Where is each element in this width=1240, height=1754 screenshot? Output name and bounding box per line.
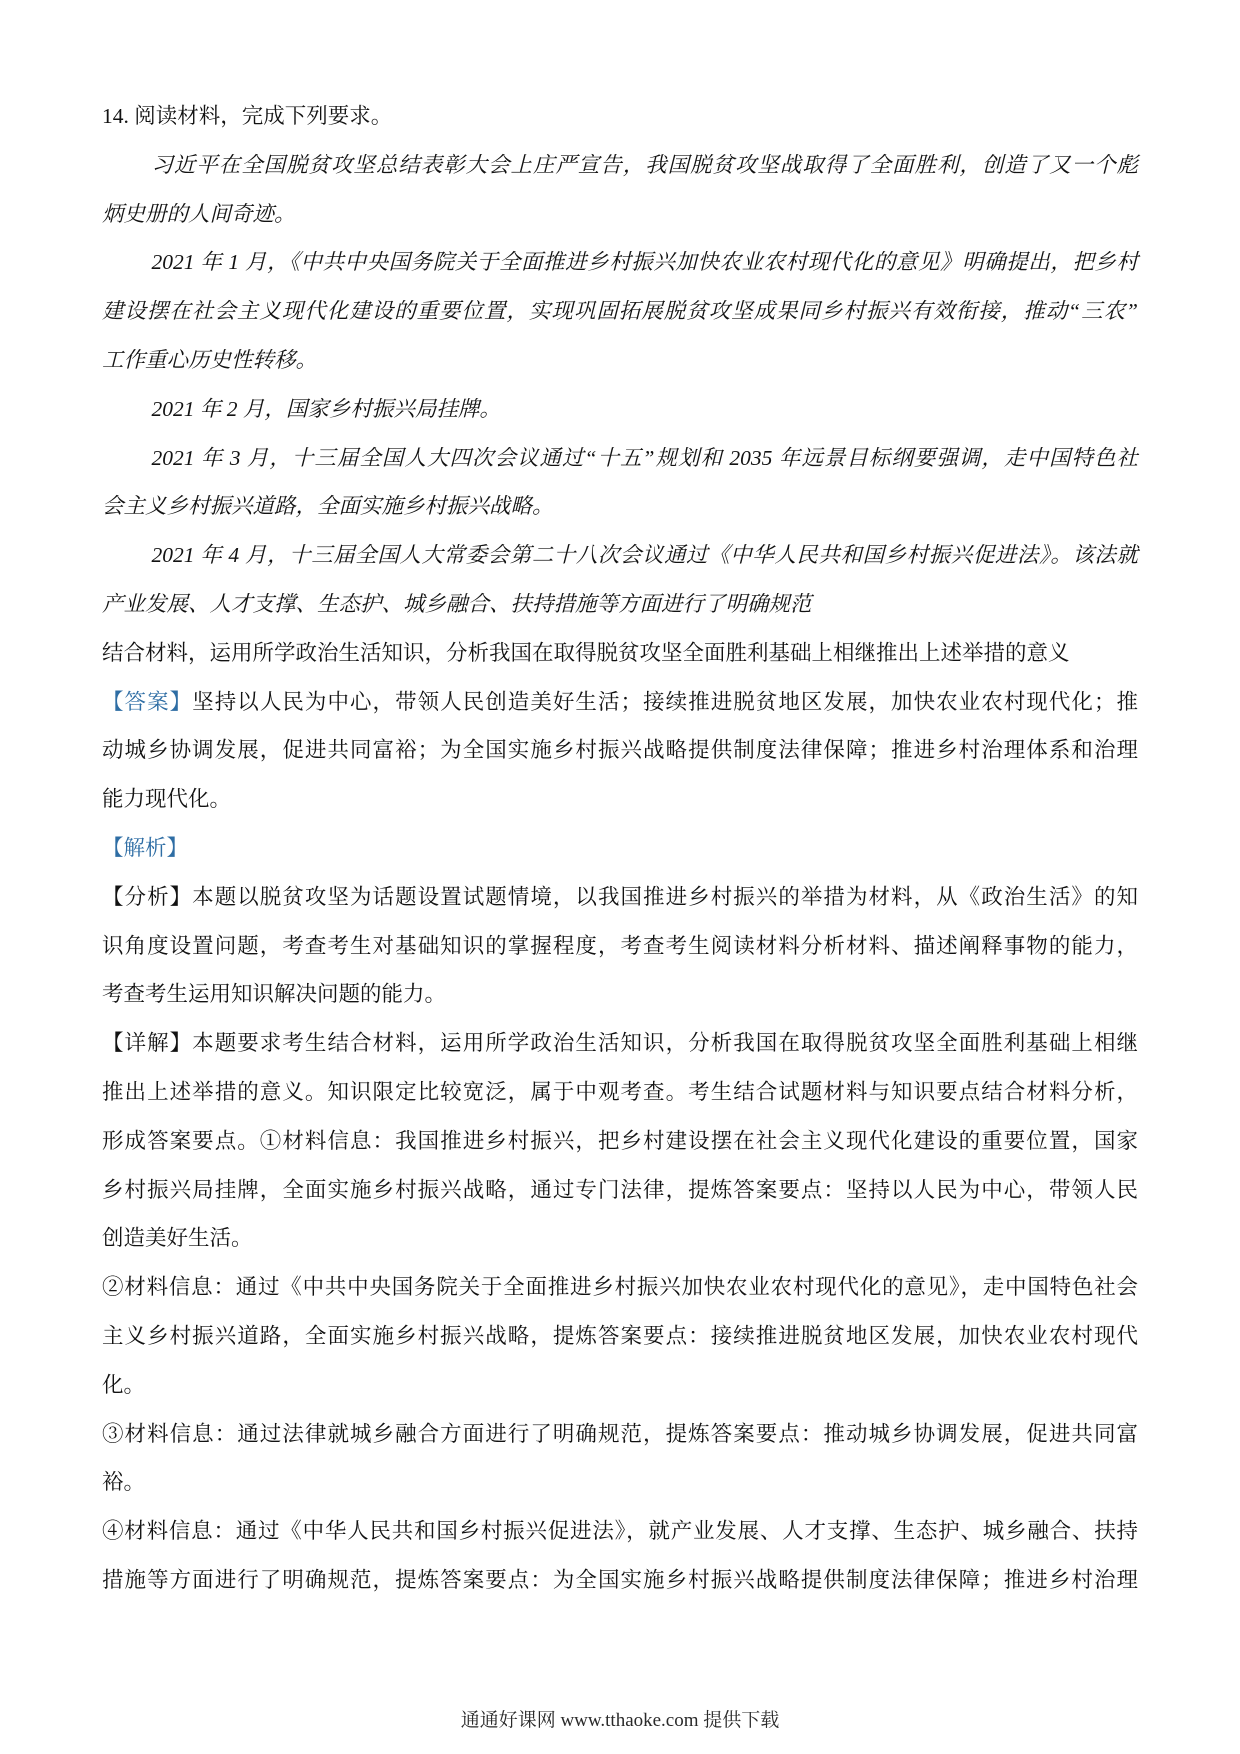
analysis-line: 【分析】本题以脱贫攻坚为话题设置试题情境，以我国推进乡村振兴的举措为材料，从《政… [102,873,1138,922]
detail-line: 化。 [102,1361,1138,1410]
detail-line: 裕。 [102,1458,1138,1507]
detail-line: 乡村振兴局挂牌，全面实施乡村振兴战略，通过专门法律，提炼答案要点：坚持以人民为中… [102,1166,1138,1215]
answer-label: 【答案】 [102,690,192,714]
task-instruction-line: 结合材料，运用所学政治生活知识，分析我国在取得脱贫攻坚全面胜利基础上相继推出上述… [102,629,1138,678]
detail-line: 措施等方面进行了明确规范，提炼答案要点：为全国实施乡村振兴战略提供制度法律保障；… [102,1556,1138,1605]
material-paragraph-line: 炳史册的人间奇迹。 [102,190,1138,239]
detail-line: ④材料信息：通过《中华人民共和国乡村振兴促进法》，就产业发展、人才支撑、生态护、… [102,1507,1138,1556]
detail-line: 推出上述举措的意义。知识限定比较宽泛，属于中观考查。考生结合试题材料与知识要点结… [102,1068,1138,1117]
material-paragraph-line: 产业发展、人才支撑、生态护、城乡融合、扶持措施等方面进行了明确规范 [102,580,1138,629]
material-paragraph-line: 2021 年 2 月，国家乡村振兴局挂牌。 [102,385,1138,434]
material-paragraph-line: 建设摆在社会主义现代化建设的重要位置，实现巩固拓展脱贫攻坚成果同乡村振兴有效衔接… [102,287,1138,336]
material-paragraph-line: 2021 年 1 月，《中共中央国务院关于全面推进乡村振兴加快农业农村现代化的意… [102,238,1138,287]
detail-line: ②材料信息：通过《中共中央国务院关于全面推进乡村振兴加快农业农村现代化的意见》，… [102,1263,1138,1312]
material-paragraph-line: 会主义乡村振兴道路，全面实施乡村振兴战略。 [102,482,1138,531]
analysis-line: 识角度设置问题，考查考生对基础知识的掌握程度，考查考生阅读材料分析材料、描述阐释… [102,922,1138,971]
answer-line: 动城乡协调发展，促进共同富裕；为全国实施乡村振兴战略提供制度法律保障；推进乡村治… [102,726,1138,775]
material-paragraph-line: 习近平在全国脱贫攻坚总结表彰大会上庄严宣告，我国脱贫攻坚战取得了全面胜利，创造了… [102,141,1138,190]
analysis-line: 考查考生运用知识解决问题的能力。 [102,970,1138,1019]
material-paragraph-line: 2021 年 3 月，十三届全国人大四次会议通过“十五”规划和 2035 年远景… [102,434,1138,483]
detail-line: 创造美好生活。 [102,1214,1138,1263]
answer-line: 【答案】坚持以人民为中心，带领人民创造美好生活；接续推进脱贫地区发展，加快农业农… [102,678,1138,727]
explanation-label: 【解析】 [102,836,188,860]
explanation-heading-line: 【解析】 [102,824,1138,873]
material-paragraph-line: 工作重心历史性转移。 [102,336,1138,385]
material-paragraph-line: 2021 年 4 月，十三届全国人大常委会第二十八次会议通过《中华人民共和国乡村… [102,531,1138,580]
detail-line: 主义乡村振兴道路，全面实施乡村振兴战略，提炼答案要点：接续推进脱贫地区发展，加快… [102,1312,1138,1361]
document-body: 14. 阅读材料，完成下列要求。 习近平在全国脱贫攻坚总结表彰大会上庄严宣告，我… [102,92,1138,1605]
document-page: 14. 阅读材料，完成下列要求。 习近平在全国脱贫攻坚总结表彰大会上庄严宣告，我… [0,0,1240,1754]
detail-line: 形成答案要点。①材料信息：我国推进乡村振兴，把乡村建设摆在社会主义现代化建设的重… [102,1117,1138,1166]
detail-line: ③材料信息：通过法律就城乡融合方面进行了明确规范，提炼答案要点：推动城乡协调发展… [102,1410,1138,1459]
answer-line: 能力现代化。 [102,775,1138,824]
detail-line: 【详解】本题要求考生结合材料，运用所学政治生活知识，分析我国在取得脱贫攻坚全面胜… [102,1019,1138,1068]
question-number-line: 14. 阅读材料，完成下列要求。 [102,92,1138,141]
page-footer-watermark: 通通好课网 www.tthaoke.com 提供下载 [0,1708,1240,1734]
